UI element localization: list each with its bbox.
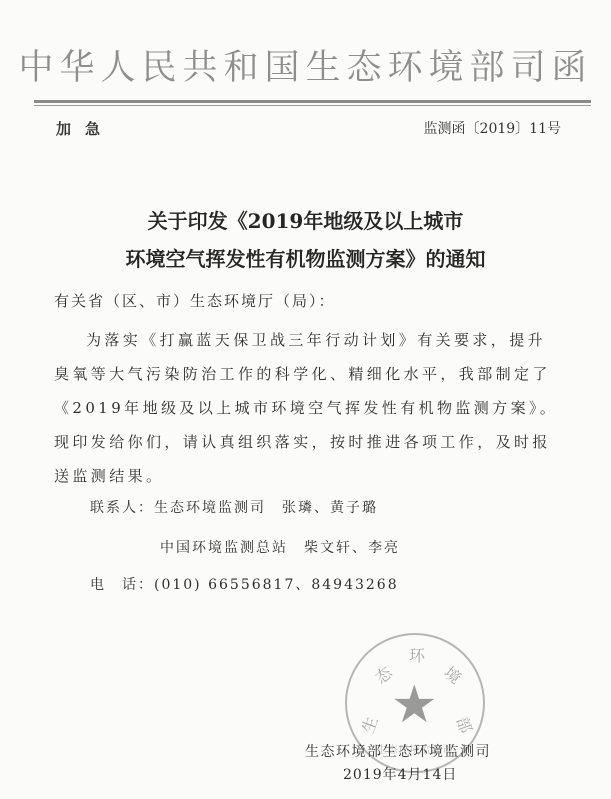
urgency-label: 加急: [56, 118, 114, 139]
contact-line-2: 中国环境监测总站 柴文轩、李亮: [160, 537, 400, 557]
seal-char: 环: [409, 643, 425, 666]
notice-title-line1: 关于印发《2019年地级及以上城市: [0, 202, 611, 240]
document-page: 中华人民共和国生态环境部司函 加急 监测函〔2019〕11号 关于印发《2019…: [0, 0, 611, 799]
notice-title-line2: 环境空气挥发性有机物监测方案》的通知: [0, 240, 611, 278]
seal-char: 部: [451, 713, 478, 736]
document-number: 监测函〔2019〕11号: [424, 118, 561, 138]
contact-phone: 电 话：(010) 66556817、84943268: [90, 574, 399, 594]
notice-title: 关于印发《2019年地级及以上城市 环境空气挥发性有机物监测方案》的通知: [0, 202, 611, 278]
seal-char: 境: [440, 661, 467, 689]
letterhead-title: 中华人民共和国生态环境部司函: [0, 40, 611, 90]
contact-line-1: 联系人：生态环境监测司 张璘、黄子璐: [90, 497, 378, 517]
issuer-signature: 生态环境部生态环境监测司: [305, 741, 491, 761]
letterhead-divider-thick: [34, 100, 591, 103]
body-paragraph: 为落实《打赢蓝天保卫战三年行动计划》有关要求，提升臭氧等大气污染防治工作的科学化…: [54, 323, 564, 493]
seal-char: 生: [355, 713, 382, 736]
salutation: 有关省（区、市）生态环境厅（局）：: [54, 290, 564, 311]
letterhead-divider-thin: [34, 105, 591, 106]
star-icon: ★: [391, 679, 438, 731]
issue-date: 2019年4月14日: [343, 764, 457, 784]
